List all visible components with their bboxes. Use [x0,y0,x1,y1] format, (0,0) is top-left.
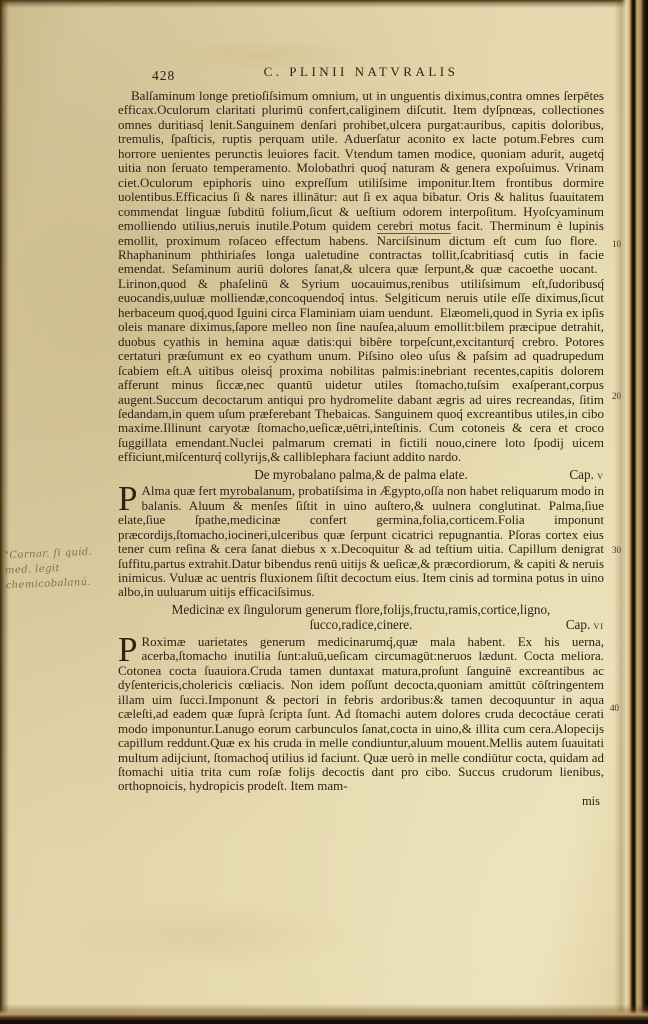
handnote-line1: "Cornar. ſi quid. med. legit [4,544,117,579]
chapter5-paragraph: PAlma quæ fert myrobalanum, probatiſsima… [118,484,604,600]
chapter6-heading-line1: Medicinæ ex ſingulorum generum flore,fol… [118,602,604,618]
running-title: C. PLINII NATVRALIS [118,64,604,80]
drop-cap: P [118,484,141,512]
chapter6-heading-row: Medicinæ ex ſingulorum generum flore,fol… [118,602,604,633]
book-bottom-edge [0,1004,648,1024]
photo-edge-left [0,0,9,1024]
paragraph-text: facit. Therminum è lupinis emollit, prox… [118,218,604,464]
paper-stain [60,900,360,970]
page-header: 428 C. PLINII NATVRALIS [118,64,604,86]
cap-label: Cap. [566,617,591,632]
chapter6-cap: Cap. vi [566,617,604,634]
book-fore-edge [614,0,648,1024]
chapter6-heading-line2: ſucco,radice,cinere. [310,617,413,632]
chapter5-heading-row: De myrobalano palma,& de palma elate. Ca… [118,467,604,483]
cap-number: vi [594,618,604,632]
paragraph-text: Alma quæ fert [141,483,219,498]
cap-number: v [597,468,604,482]
photo-edge-top [0,0,648,8]
paragraph-text: Balſaminum longe pretioſiſsimum omnium, … [118,88,604,233]
chapter4-continuation-paragraph: Balſaminum longe pretioſiſsimum omnium, … [118,89,604,465]
drop-cap: P [118,635,141,663]
cap-label: Cap. [569,467,594,482]
page-text-block: 428 C. PLINII NATVRALIS Balſaminum longe… [118,64,604,821]
handwritten-marginal-note: "Cornar. ſi quid. med. legit chemicobala… [4,544,118,594]
book-photo: 428 C. PLINII NATVRALIS Balſaminum longe… [0,0,648,1024]
catchword: mis [118,794,604,809]
paragraph-text: Roximæ uarietates generum medicinarumq́,… [118,634,604,794]
chapter6-paragraph: PRoximæ uarietates generum medicinarumq́… [118,635,604,794]
chapter5-cap: Cap. v [569,467,604,484]
paragraph-text: , probatiſsima in Ægypto,oſſa non habet … [118,483,604,599]
chapter5-heading: De myrobalano palma,& de palma elate. [254,467,467,482]
